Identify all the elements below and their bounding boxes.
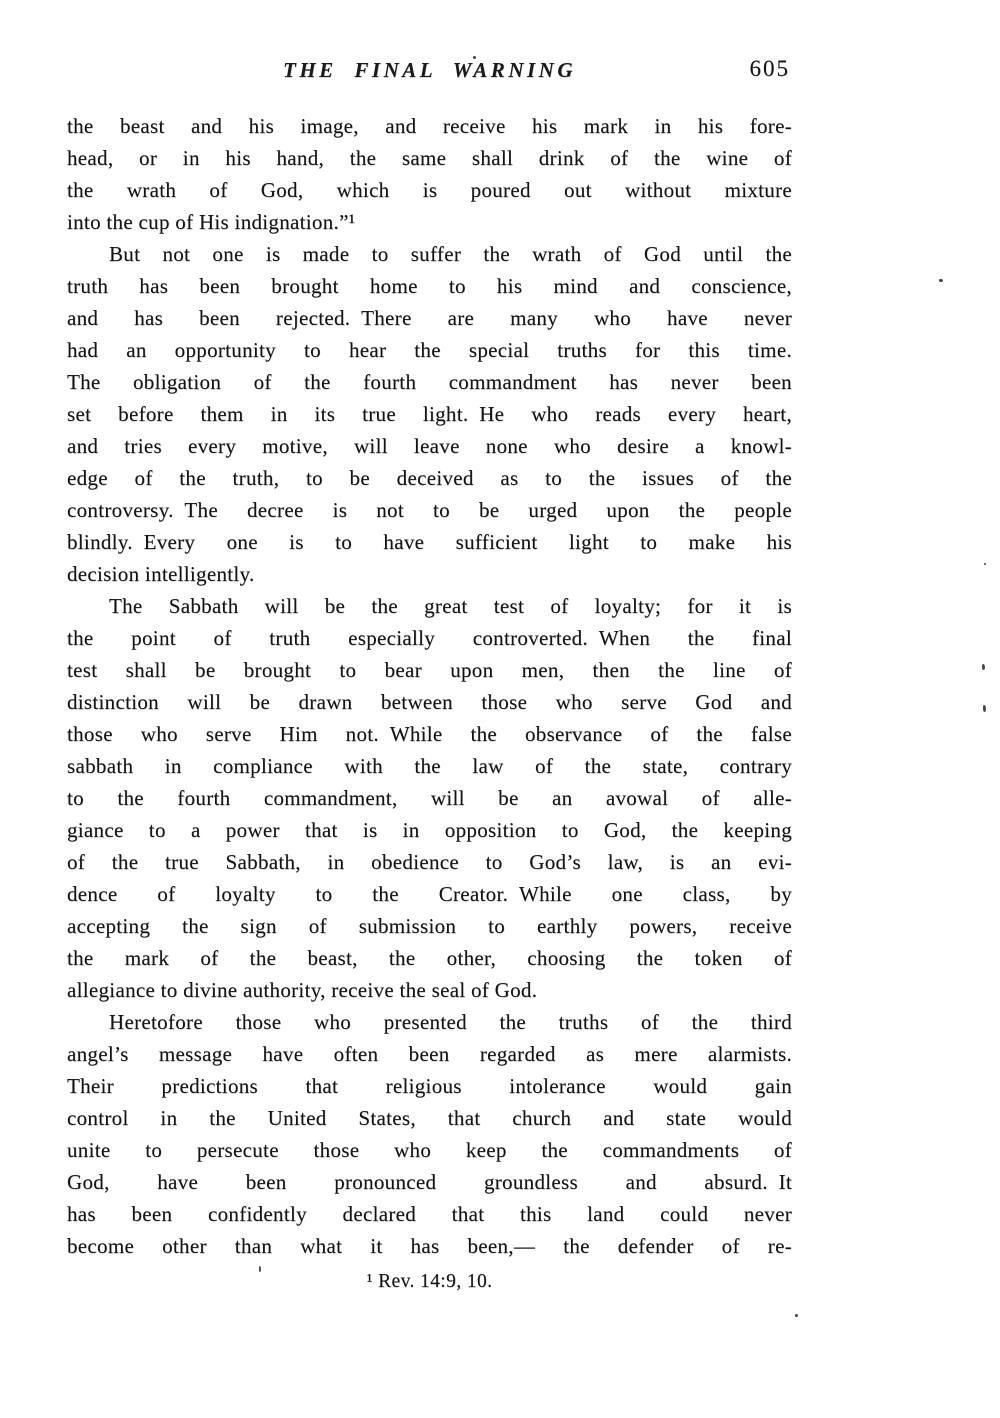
- paragraph-4: Heretofore those who presented the truth…: [67, 1006, 792, 1262]
- footnote: ¹ Rev. 14:9, 10.: [67, 1271, 792, 1293]
- text-line: has been confidently declared that this …: [67, 1198, 792, 1230]
- text-line: and has been rejected. There are many wh…: [67, 302, 792, 334]
- scan-speck: [983, 705, 986, 712]
- text-line: allegiance to divine authority, receive …: [67, 974, 792, 1006]
- text-line: decision intelligently.: [67, 558, 792, 590]
- text-line: giance to a power that is in opposition …: [67, 814, 792, 846]
- paragraph-1: the beast and his image, and receive his…: [67, 110, 792, 238]
- text-line: become other than what it has been,— the…: [67, 1230, 792, 1262]
- text-line: Heretofore those who presented the truth…: [67, 1006, 792, 1038]
- scan-speck: [795, 1314, 798, 1317]
- scan-speck: [982, 664, 985, 670]
- text-line: set before them in its true light. He wh…: [67, 398, 792, 430]
- paragraph-2: But not one is made to suffer the wrath …: [67, 238, 792, 590]
- text-line: of the true Sabbath, in obedience to God…: [67, 846, 792, 878]
- text-line: But not one is made to suffer the wrath …: [67, 238, 792, 270]
- paragraph-3: The Sabbath will be the great test of lo…: [67, 590, 792, 1006]
- text-line: unite to persecute those who keep the co…: [67, 1134, 792, 1166]
- text-line: The obligation of the fourth commandment…: [67, 366, 792, 398]
- text-line: edge of the truth, to be deceived as to …: [67, 462, 792, 494]
- text-line: the beast and his image, and receive his…: [67, 110, 792, 142]
- text-line: truth has been brought home to his mind …: [67, 270, 792, 302]
- text-line: the wrath of God, which is poured out wi…: [67, 174, 792, 206]
- text-line: The Sabbath will be the great test of lo…: [67, 590, 792, 622]
- text-line: the point of truth especially controvert…: [67, 622, 792, 654]
- text-line: distinction will be drawn between those …: [67, 686, 792, 718]
- text-line: Their predictions that religious intoler…: [67, 1070, 792, 1102]
- scan-speck: [259, 1266, 261, 1272]
- text-line: to the fourth commandment, will be an av…: [67, 782, 792, 814]
- scan-speck: [473, 56, 476, 59]
- text-line: the mark of the beast, the other, choosi…: [67, 942, 792, 974]
- book-page: THE FINAL WARNING 605 the beast and his …: [0, 0, 1000, 1418]
- text-line: head, or in his hand, the same shall dri…: [67, 142, 792, 174]
- running-head-title: THE FINAL WARNING: [67, 58, 792, 83]
- scan-speck: [984, 563, 986, 565]
- text-line: and tries every motive, will leave none …: [67, 430, 792, 462]
- body-text: the beast and his image, and receive his…: [67, 110, 792, 1262]
- text-line: God, have been pronounced groundless and…: [67, 1166, 792, 1198]
- text-line: test shall be brought to bear upon men, …: [67, 654, 792, 686]
- text-line: angel’s message have often been regarded…: [67, 1038, 792, 1070]
- page-header: THE FINAL WARNING 605: [67, 58, 792, 92]
- text-line: into the cup of His indignation.”¹: [67, 206, 792, 238]
- text-line: sabbath in compliance with the law of th…: [67, 750, 792, 782]
- page-number: 605: [750, 56, 791, 82]
- scan-speck: [939, 279, 943, 282]
- text-line: those who serve Him not. While the obser…: [67, 718, 792, 750]
- text-line: control in the United States, that churc…: [67, 1102, 792, 1134]
- text-line: accepting the sign of submission to eart…: [67, 910, 792, 942]
- text-line: dence of loyalty to the Creator. While o…: [67, 878, 792, 910]
- text-line: controversy. The decree is not to be urg…: [67, 494, 792, 526]
- text-line: blindly. Every one is to have sufficient…: [67, 526, 792, 558]
- text-line: had an opportunity to hear the special t…: [67, 334, 792, 366]
